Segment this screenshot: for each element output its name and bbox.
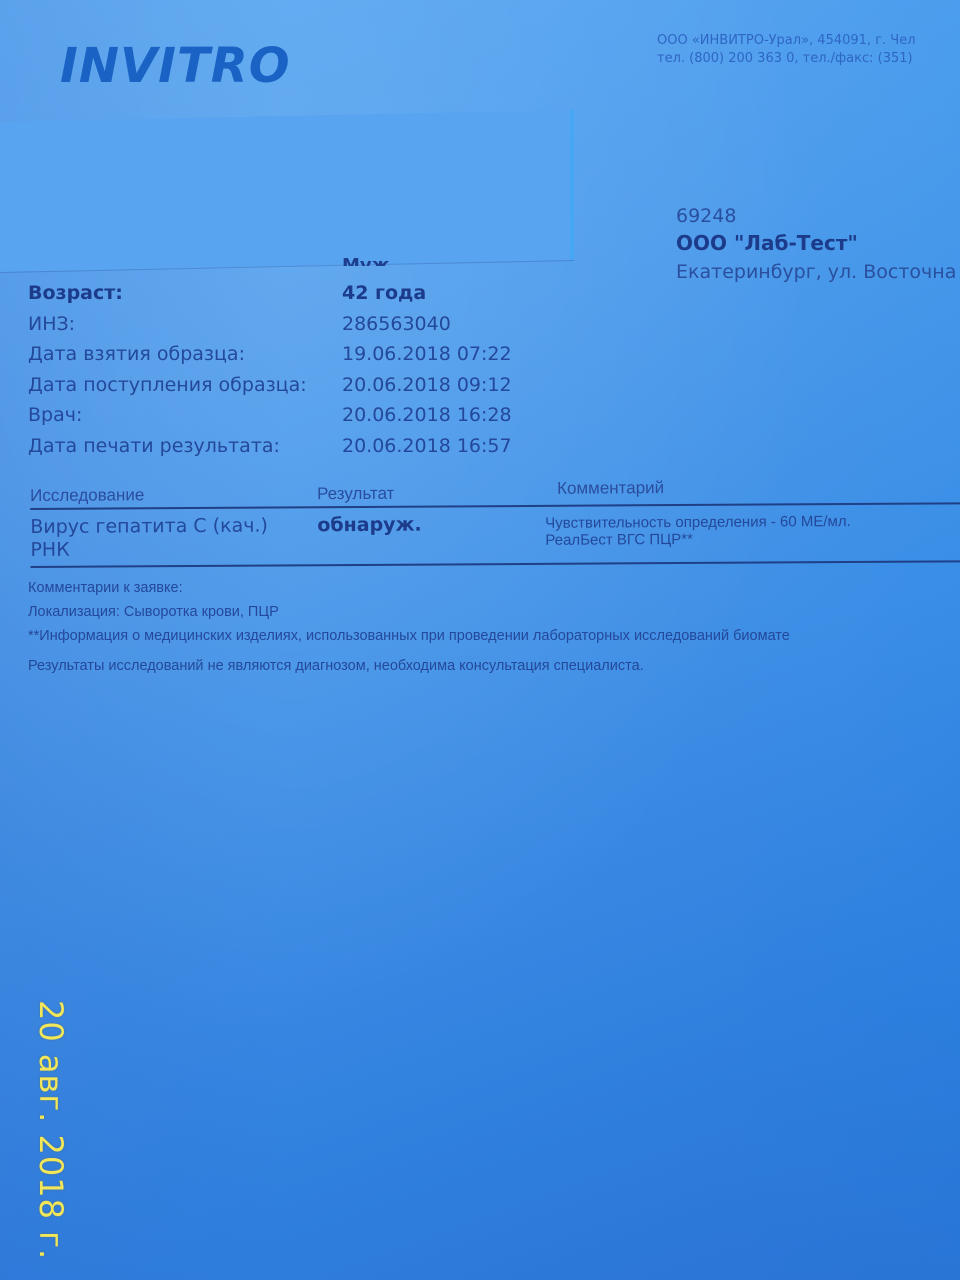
info-row-sample-taken: Дата взятия образца: 19.06.2018 07:22 [28,339,512,370]
lab-address: Екатеринбург, ул. Восточна [676,261,956,283]
notes-title: Комментарии к заявке: [28,580,790,604]
redacted-patient-block [0,110,574,272]
info-value: 20.06.2018 16:57 [342,435,512,457]
notes-disclaimer: Результаты исследований не являются диаг… [28,658,790,682]
lab-name: ООО "Лаб-Тест" [676,231,956,261]
info-label: Врач: [28,404,342,426]
study-result: обнаруж. [317,513,545,564]
info-label: Дата поступления образца: [28,374,342,396]
info-value: 20.06.2018 09:12 [342,374,512,396]
study-name: Вирус гепатита С (кач.) РНК [30,514,317,566]
header-comment: Комментарий [557,478,664,505]
patient-info: Возраст: 42 года ИНЗ: 286563040 Дата взя… [28,278,512,461]
info-label: ИНЗ: [28,313,342,335]
lab-code: 69248 [676,205,956,231]
info-value: 19.06.2018 07:22 [342,343,512,365]
study-comment: Чувствительность определения - 60 МЕ/мл.… [545,511,851,563]
table-row: Вирус гепатита С (кач.) РНК обнаруж. Чув… [30,504,960,568]
info-value: 20.06.2018 16:28 [342,404,512,426]
company-info: ООО «ИНВИТРО-Урал», 454091, г. Чел тел. … [657,32,960,68]
info-row-doctor: Врач: 20.06.2018 16:28 [28,400,512,431]
notes-localization: Локализация: Сыворотка крови, ПЦР [28,604,790,628]
info-row-inz: ИНЗ: 286563040 [28,309,512,340]
info-label: Дата взятия образца: [28,343,342,365]
results-table: Исследование Результат Комментарий Вирус… [30,474,960,568]
photo-date-stamp: 20 авг. 2018 г. [32,1000,70,1260]
company-address: ООО «ИНВИТРО-Урал», 454091, г. Чел [657,32,960,50]
info-value: 286563040 [342,313,451,335]
study-name-line2: РНК [30,537,317,562]
order-notes: Комментарии к заявке: Локализация: Сывор… [28,580,790,682]
lab-info: 69248 ООО "Лаб-Тест" Екатеринбург, ул. В… [676,205,956,283]
invitro-logo: INVITRO [60,38,291,94]
patient-sex-partial: Муж [342,252,390,266]
info-row-age: Возраст: 42 года [28,278,512,309]
header-study: Исследование [30,484,317,508]
info-value: 42 года [342,282,426,304]
info-label: Возраст: [28,282,342,304]
info-row-print-date: Дата печати результата: 20.06.2018 16:57 [28,431,512,462]
info-label: Дата печати результата: [28,435,342,457]
study-name-line1: Вирус гепатита С (кач.) [30,514,317,539]
company-phone: тел. (800) 200 363 0, тел./факс: (351) [657,50,960,68]
info-row-sample-received: Дата поступления образца: 20.06.2018 09:… [28,370,512,401]
header-result: Результат [317,483,557,506]
comment-line2: РеалБест ВГС ПЦР** [545,530,851,549]
notes-footnote: **Информация о медицинских изделиях, исп… [28,628,790,652]
comment-line1: Чувствительность определения - 60 МЕ/мл. [545,513,851,532]
